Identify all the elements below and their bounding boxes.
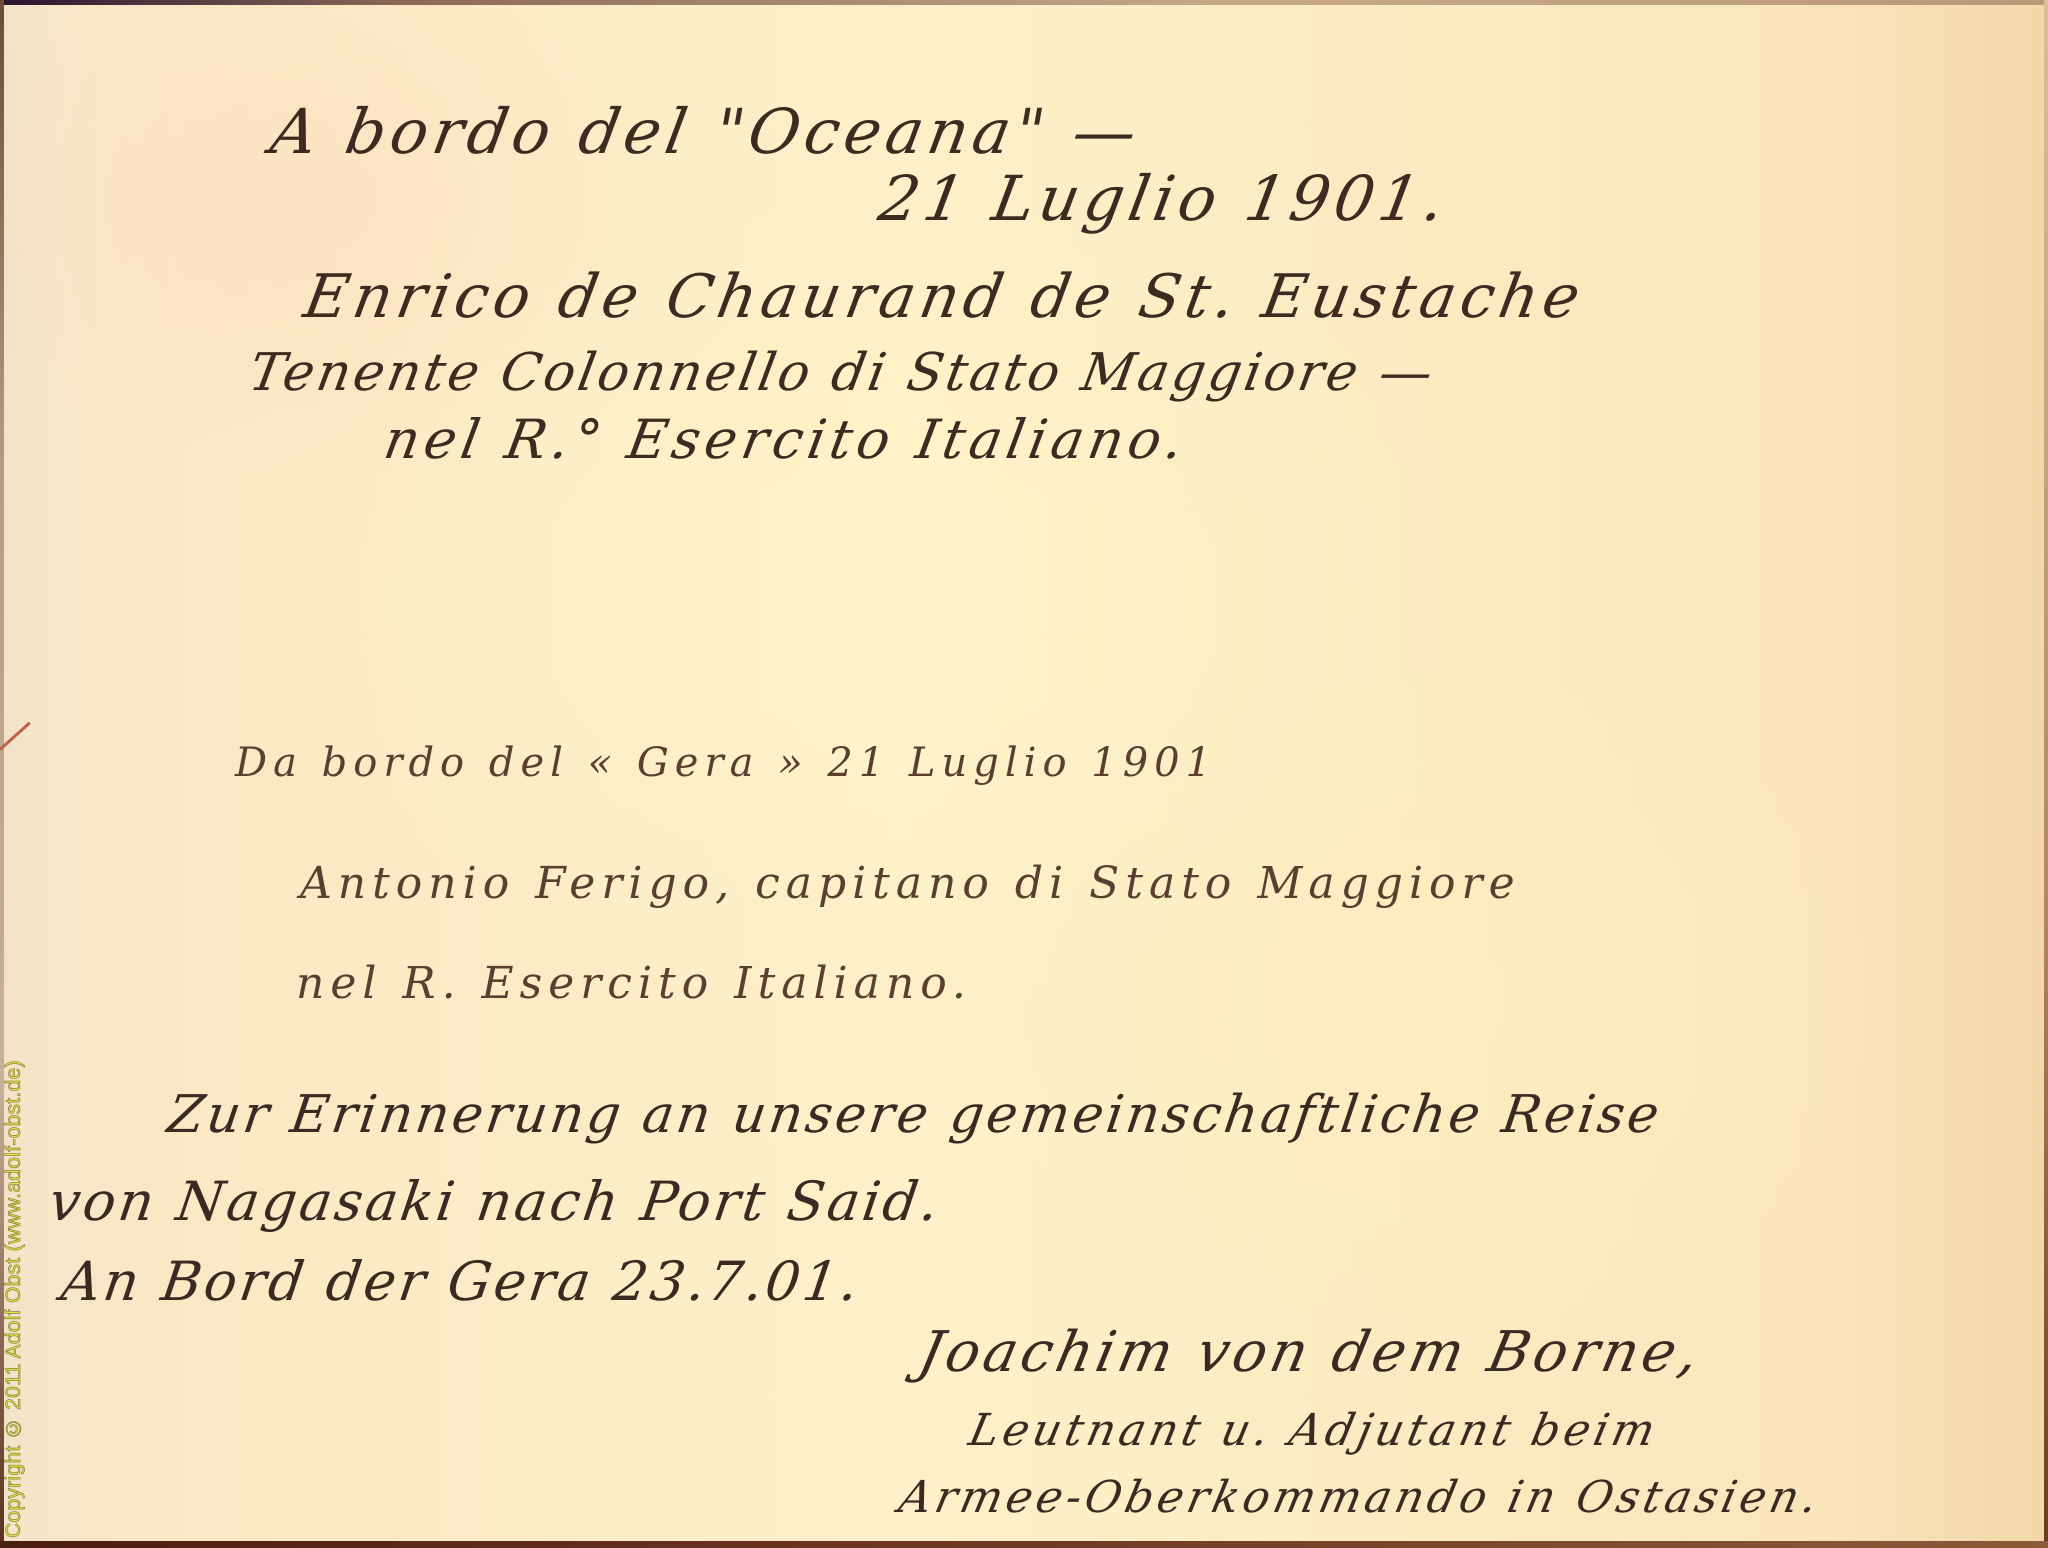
entry2-army: nel R. Esercito Italiano. xyxy=(296,958,972,1009)
entry3-route: von Nagasaki nach Port Said. xyxy=(46,1170,946,1233)
page-right-edge xyxy=(2044,0,2048,1548)
entry1-date: 21 Luglio 1901. xyxy=(874,162,1455,235)
entry3-rank: Leutnant u. Adjutant beim xyxy=(965,1405,1664,1456)
page-bottom-edge xyxy=(0,1541,2048,1548)
entry3-command: Armee-Oberkommando in Ostasien. xyxy=(895,1472,1826,1523)
entry1-rank: Tenente Colonnello di Stato Maggiore — xyxy=(245,343,1440,403)
entry3-dedication: Zur Erinnerung an unsere gemeinschaftlic… xyxy=(164,1085,1666,1145)
entry2-heading: Da bordo del « Gera » 21 Luglio 1901 xyxy=(235,740,1217,786)
page-top-edge xyxy=(0,0,2048,5)
entry1-heading: A bordo del "Oceana" — xyxy=(266,95,1147,168)
entry2-signature: Antonio Ferigo, capitano di Stato Maggio… xyxy=(300,858,1521,909)
entry3-signature: Joachim von dem Borne, xyxy=(913,1320,1708,1385)
entry3-place-date: An Bord der Gera 23.7.01. xyxy=(58,1250,866,1313)
entry1-army: nel R.° Esercito Italiano. xyxy=(379,408,1193,471)
album-page: A bordo del "Oceana" — 21 Luglio 1901. E… xyxy=(0,0,2048,1548)
red-pencil-mark xyxy=(0,722,31,751)
copyright-watermark: Copyright © 2011 Adolf Obst (www.adolf-o… xyxy=(2,878,30,1538)
entry1-signature: Enrico de Chaurand de St. Eustache xyxy=(299,262,1590,332)
